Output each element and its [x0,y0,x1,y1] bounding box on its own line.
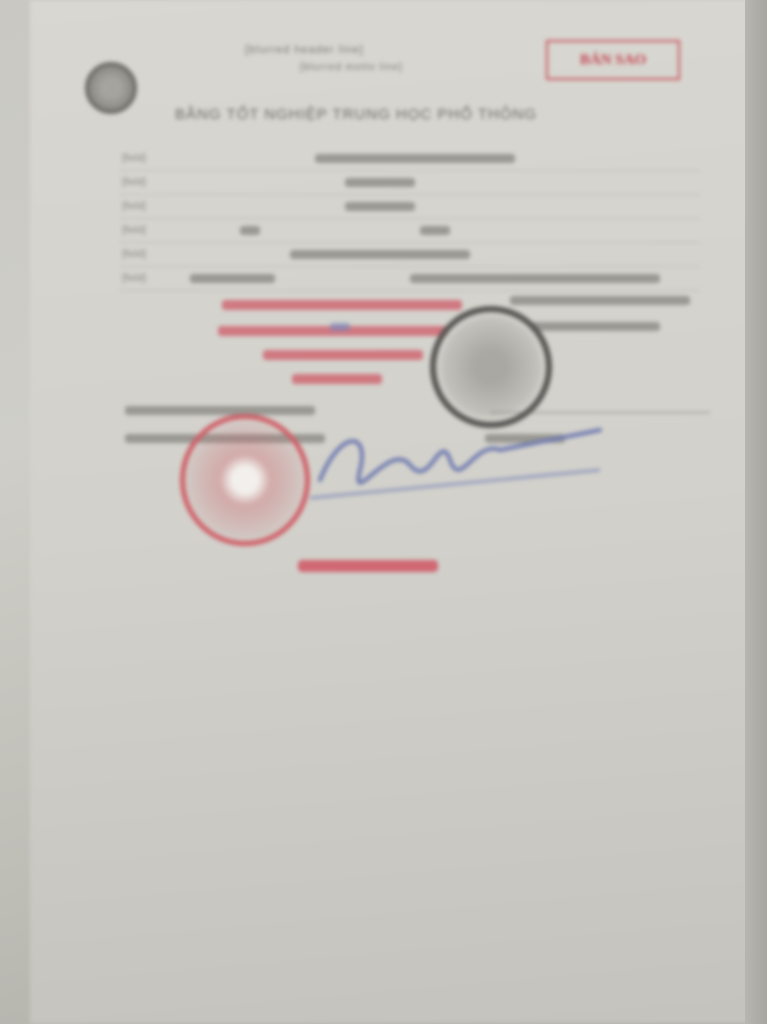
field-row: [field] [120,150,700,171]
official-seal-red [180,414,310,546]
field-row: [field] [120,222,700,243]
redacted-value [315,154,515,163]
header-line-2: [blurred motto line] [300,62,403,73]
redacted-value [420,226,450,235]
field-label: [field] [122,177,146,188]
certification-text [292,374,382,384]
field-row: [field] [120,198,700,219]
national-emblem-icon [85,62,137,114]
page-edge [745,0,767,1024]
field-label: [field] [122,201,146,212]
redacted-value [410,274,660,283]
redacted-date [510,296,690,305]
field-row: [field] [120,174,700,195]
redacted-value [190,274,275,283]
redacted-value [240,226,260,235]
field-label: [field] [122,153,146,164]
certification-text [263,350,423,360]
document-page: [blurred header line] [blurred motto lin… [30,0,750,1024]
field-row: [field] [120,246,700,267]
document-title: BẰNG TỐT NGHIỆP TRUNG HỌC PHỔ THÔNG [175,106,537,123]
header-line-1: [blurred header line] [245,44,364,56]
certification-text [222,300,462,310]
redacted-value [290,250,470,259]
redacted-text [530,322,660,331]
redacted-number [125,406,315,415]
field-label: [field] [122,249,146,260]
handwritten-mark [330,323,350,331]
redacted-value [345,202,415,211]
field-label: [field] [122,273,146,284]
redacted-value [345,178,415,187]
signature-icon [300,410,620,510]
field-row: [field] [120,270,700,291]
field-label: [field] [122,225,146,236]
signer-name-redacted [298,560,438,572]
copy-stamp: BẢN SAO [546,40,680,80]
